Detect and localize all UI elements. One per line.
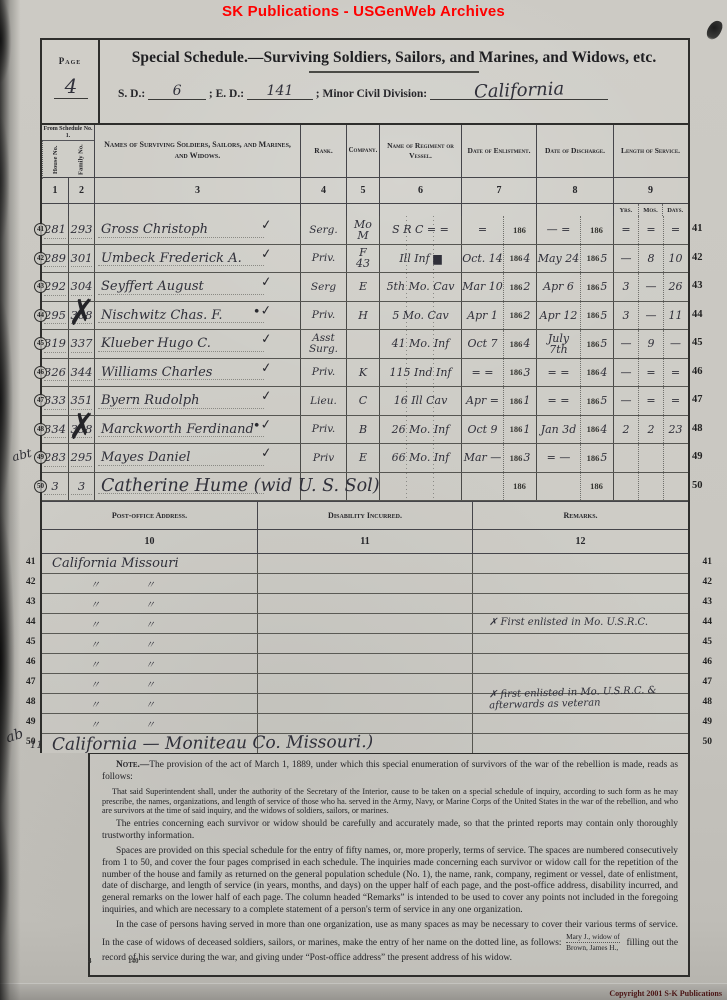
veteran-name: Nischwitz Chas. F. [95, 309, 222, 322]
remarks-cell [472, 654, 688, 673]
company-column-label: Company. [346, 125, 379, 177]
service-months: = [646, 224, 655, 235]
col-num-1: 1 [42, 178, 68, 203]
company-value: B [359, 424, 367, 435]
instructions-note: Note.—The provision of the act of March … [88, 753, 690, 977]
service-years: 3 [623, 310, 630, 321]
sd-value: 6 [173, 83, 182, 99]
district-line: S. D.: 6 ; E. D.: 141 ; Minor Civil Divi… [118, 83, 688, 100]
enlist-year-cell: 1863 [503, 444, 536, 472]
address-value: California — Moniteau Co. Missouri.) [42, 733, 257, 755]
discharge-year-digit: 5 [600, 452, 607, 463]
sd-label: S. D.: [118, 88, 145, 100]
company-cell [346, 330, 379, 358]
upper-table-body: 41 281 293 Gross Christoph ✓ ✗ Serg. Mo … [42, 216, 688, 501]
veteran-record-row: 46 326 344 Williams Charles ✓ ✗ Priv. K … [42, 359, 688, 388]
line-number-right: 42 [692, 252, 714, 263]
margin-scribble-lower: ab [4, 726, 25, 747]
enlist-month-day: Mar 10 [462, 281, 503, 292]
regiment-cell: S R C = = [379, 216, 461, 244]
service-months-cell [638, 473, 663, 501]
line-number-right: 43 [703, 597, 713, 607]
example-line-2: Brown, James H., [566, 943, 620, 953]
rank-cell: Priv [300, 444, 346, 472]
from-schedule-caption: From Schedule No. 1. [42, 125, 94, 141]
service-days: 11 [669, 310, 683, 321]
line-number-right: 45 [692, 337, 714, 348]
enlist-date-cell: = [461, 216, 503, 244]
line-number-left: 43 [26, 597, 36, 607]
veteran-record-row: 45 319 337 Klueber Hugo C. ✓ ✗ Asst Surg… [42, 330, 688, 359]
address-value: 〃 〃 [42, 574, 257, 591]
post-office-address-cell: 〃 〃 [42, 594, 257, 613]
mcd-value: California [474, 81, 565, 100]
discharge-date-cell: Apr 12 [536, 302, 580, 330]
discharge-date-cell: July 7th [536, 330, 580, 358]
line-number-right: 47 [703, 677, 713, 687]
col-num-5: 5 [346, 178, 379, 203]
discharge-year-digit: 5 [600, 310, 607, 321]
discharge-date-cell: Jan 3d [536, 416, 580, 444]
company-value: E [359, 452, 367, 463]
disability-cell [257, 694, 472, 713]
discharge-date-cell: May 24 [536, 245, 580, 273]
family-number-cell: 344 [68, 359, 94, 387]
remarks-cell: ✗ first enlisted in Mo. U.S.R.C. & after… [472, 694, 688, 713]
rank-value: Serg [311, 282, 336, 293]
line-number-left: 46 [26, 657, 36, 667]
discharge-year-printed: 186 [587, 367, 600, 377]
rank-value: Priv. [312, 310, 335, 321]
remarks-value [473, 714, 688, 717]
col-num-9: 9 [613, 178, 687, 203]
enlist-year-printed: 186 [510, 396, 523, 406]
remarks-value [473, 574, 688, 577]
discharge-year-cell: 1865 [580, 273, 613, 301]
enlist-year-cell: 1861 [503, 416, 536, 444]
house-number: 292 [44, 281, 66, 293]
address-record-row: 50 California — Moniteau Co. Missouri.) … [42, 733, 688, 753]
line-number-left: 47 [26, 677, 36, 687]
discharge-month-day: May 24 [538, 253, 580, 264]
enlist-year-cell: 1863 [503, 359, 536, 387]
service-years: — [621, 367, 632, 378]
line-number-right: 45 [703, 637, 713, 647]
enlist-month-day: Oct 9 [467, 424, 497, 435]
discharge-year-printed: 186 [587, 424, 600, 434]
regiment-cell: 115 Ind Inf [379, 359, 461, 387]
house-number: 295 [44, 310, 66, 322]
service-days-cell: — [663, 330, 687, 358]
discharge-month-day: — = [547, 224, 571, 235]
enlist-year-digit: 2 [523, 281, 530, 292]
discharge-year-printed: 186 [590, 225, 603, 235]
name-cell: Mayes Daniel ✓ ✗ [94, 444, 300, 472]
yrs-subcol-label: Yrs. [614, 204, 638, 216]
x-scribble-mark: ✗ [68, 290, 96, 336]
veteran-name: Umbeck Frederick A. [95, 252, 242, 265]
service-months: — [646, 310, 657, 321]
discharge-date-cell: = = [536, 359, 580, 387]
house-number: 3 [51, 481, 58, 493]
family-number-cell: 3 [68, 473, 94, 501]
address-record-row: 49 〃 〃 49 [42, 713, 688, 733]
enlist-date-cell: Mar 10 [461, 273, 503, 301]
regiment-cell: 5th Mo. Cav [379, 273, 461, 301]
discharge-year-printed: 186 [587, 339, 600, 349]
from-schedule-header: From Schedule No. 1. House No. Family No… [42, 125, 94, 177]
address-value: California Missouri [42, 554, 257, 571]
service-years-cell: — [613, 359, 638, 387]
enlist-year-digit: 1 [523, 424, 530, 435]
names-column-label: Names of Surviving Soldiers, Sailors, an… [94, 125, 300, 177]
name-cell: Seyffert August ✓ ✗ [94, 273, 300, 301]
form-title: Special Schedule.—Surviving Soldiers, Sa… [100, 49, 688, 67]
address-record-row: 44 〃 〃 ✗ First enlisted in Mo. U.S.R.C. … [42, 613, 688, 633]
service-days: = [671, 395, 680, 406]
company-cell: Mo M [346, 216, 379, 244]
veteran-name: Williams Charles [95, 366, 212, 379]
service-months: 8 [648, 253, 655, 264]
rank-value: Priv. [312, 424, 335, 435]
discharge-year-cell: 1865 [580, 302, 613, 330]
veteran-record-row: 42 289 301 Umbeck Frederick A. ✓ ✗ Priv.… [42, 245, 688, 274]
address-value: 〃 〃 [42, 634, 257, 651]
rank-value: Asst Surg. [309, 333, 338, 354]
discharge-month-day: Apr 6 [543, 281, 574, 292]
rank-cell: Asst Surg. [300, 330, 346, 358]
veteran-name: Klueber Hugo C. [95, 337, 211, 350]
service-days-cell [663, 444, 687, 472]
service-days-cell [663, 473, 687, 501]
discharge-date-cell: — = [536, 216, 580, 244]
post-office-address-cell: 〃 〃 [42, 654, 257, 673]
post-office-address-cell: 〃 〃 [42, 614, 257, 633]
col-num-11: 11 [257, 530, 472, 553]
remarks-value [473, 634, 688, 637]
row-number-circle: 43 [34, 280, 47, 293]
address-value: 〃 〃 [42, 694, 257, 711]
house-number: 281 [44, 224, 66, 236]
rank-cell: Priv. [300, 245, 346, 273]
veteran-name: Byern Rudolph [95, 394, 199, 407]
name-cell: Catherine Hume (wid U. S. Sol) ✗ [94, 473, 300, 501]
service-days: 10 [669, 253, 683, 264]
service-months: 9 [648, 338, 655, 349]
line-number-left: 49 [26, 717, 36, 727]
family-number-cell: 293 [68, 216, 94, 244]
regiment-value: 26 Mo. Inf [392, 424, 450, 435]
address-value: 〃 〃 [42, 654, 257, 671]
service-years-cell [613, 473, 638, 501]
company-value: Mo M [347, 219, 379, 241]
note-paragraph-3: The entries concerning each survivor or … [102, 819, 678, 843]
enlist-month-day: Oct 7 [467, 338, 497, 349]
discharge-year-digit: 4 [600, 367, 607, 378]
discharge-year-printed: 186 [587, 253, 600, 263]
disability-cell [257, 614, 472, 633]
enlist-year-cell: 1864 [503, 245, 536, 273]
enlist-year-digit: 3 [523, 367, 530, 378]
name-cell: Nischwitz Chas. F. •✓ ✗ [94, 302, 300, 330]
address-value: 〃 〃 [42, 674, 257, 691]
page-label: Page [42, 56, 98, 66]
col-num-3: 3 [94, 178, 300, 203]
upper-table-header: From Schedule No. 1. House No. Family No… [42, 125, 688, 216]
discharge-year-cell: 1865 [580, 245, 613, 273]
address-value: 〃 〃 [42, 614, 257, 631]
check-mark: ✓ [260, 360, 272, 376]
check-mark: ✓ [260, 445, 272, 461]
copyright-notice: Copyright 2001 S-K Publications [609, 989, 722, 998]
service-years: = [621, 224, 630, 235]
house-number: 333 [44, 395, 66, 407]
remarks-value [473, 674, 688, 677]
scan-corner-mark [704, 18, 724, 42]
veteran-name: Catherine Hume (wid U. S. Sol) [95, 478, 380, 496]
line-number-right: 46 [703, 657, 713, 667]
post-office-address-cell: California Missouri [42, 554, 257, 573]
line-number-left: 41 [26, 557, 36, 567]
service-months-cell: 2 [638, 416, 663, 444]
name-cell: Gross Christoph ✓ ✗ [94, 216, 300, 244]
remarks-cell [472, 634, 688, 653]
remarks-value [473, 594, 688, 597]
x-scribble-mark: ✗ [68, 404, 96, 450]
house-number: 326 [44, 367, 66, 379]
discharge-column-label: Date of Discharge. [536, 125, 613, 177]
enlist-year-printed: 186 [510, 453, 523, 463]
discharge-year-cell: 1865 [580, 444, 613, 472]
veteran-name: Mayes Daniel [95, 451, 190, 464]
note-label: Note.— [116, 760, 149, 770]
discharge-month-day: = — [547, 452, 571, 463]
regiment-value: 5 Mo. Cav [392, 310, 448, 321]
house-number: 334 [44, 424, 66, 436]
discharge-year-cell: 186 [580, 473, 613, 501]
rank-cell: Serg [300, 273, 346, 301]
post-office-address-cell: 〃 〃 [42, 634, 257, 653]
example-line-1: Mary J., widow of [566, 932, 620, 943]
col-num-8: 8 [536, 178, 613, 203]
remarks-cell [472, 734, 688, 753]
row-number-circle: 46 [34, 366, 47, 379]
family-number: 295 [71, 452, 93, 464]
family-number: 293 [71, 224, 93, 236]
service-months-cell: 8 [638, 245, 663, 273]
line-number-right: 50 [692, 480, 714, 491]
veteran-name: Seyffert August [95, 280, 204, 293]
rank-value: Priv. [312, 367, 335, 378]
regiment-cell: 41 Mo. Inf [379, 330, 461, 358]
col-num-7: 7 [461, 178, 536, 203]
service-subheader-row: Yrs. Mos. Days. [42, 203, 688, 216]
line-number-right: 46 [692, 366, 714, 377]
regiment-value: 41 Mo. Inf [392, 338, 450, 349]
enlist-year-cell: 1864 [503, 330, 536, 358]
rank-value: Lieu. [310, 396, 337, 407]
remarks-column-label: Remarks. [472, 502, 688, 529]
house-number: 283 [44, 452, 66, 464]
line-number-right: 48 [703, 697, 713, 707]
line-number-right: 41 [692, 223, 714, 234]
enlist-year-printed: 186 [510, 310, 523, 320]
check-mark: •✓ [253, 417, 273, 434]
enlist-year-printed: 186 [510, 253, 523, 263]
company-cell: H [346, 302, 379, 330]
discharge-month-day: = = [548, 367, 570, 378]
disability-cell [257, 574, 472, 593]
discharge-month-day: Apr 12 [540, 310, 578, 321]
enlist-year-printed: 186 [510, 282, 523, 292]
discharge-year-digit: 4 [600, 424, 607, 435]
enlist-year-printed: 186 [510, 424, 523, 434]
discharge-year-digit: 5 [600, 281, 607, 292]
disability-cell [257, 674, 472, 693]
regiment-value: S R C = = [392, 224, 449, 235]
family-number: 344 [71, 367, 93, 379]
service-years: — [621, 338, 632, 349]
remarks-value [473, 654, 688, 657]
regiment-cell [379, 473, 461, 501]
family-no-column-label: Family No. [68, 141, 94, 179]
line-number-left: 45 [26, 637, 36, 647]
enlist-year-printed: 186 [513, 481, 526, 491]
discharge-year-cell: 1864 [580, 416, 613, 444]
check-mark: ✓ [260, 274, 272, 290]
address-column-label: Post-office Address. [42, 502, 257, 529]
rank-column-label: Rank. [300, 125, 346, 177]
service-days-cell: = [663, 387, 687, 415]
post-office-address-cell: 〃 〃 [42, 674, 257, 693]
service-days: — [670, 338, 681, 349]
enlist-date-cell: Mar — [461, 444, 503, 472]
line-number-right: 41 [703, 557, 713, 567]
lower-table-header: Post-office Address. Disability Incurred… [42, 501, 688, 553]
service-days: 23 [669, 424, 683, 435]
disability-cell [257, 554, 472, 573]
row-number-circle: 41 [34, 223, 47, 236]
note-paragraph-1: The provision of the act of March 1, 188… [102, 760, 678, 782]
service-days: 26 [669, 281, 683, 292]
house-no-column-label: House No. [42, 141, 68, 179]
remarks-cell [472, 714, 688, 733]
veteran-record-row: 41 281 293 Gross Christoph ✓ ✗ Serg. Mo … [42, 216, 688, 245]
col-num-4: 4 [300, 178, 346, 203]
remarks-value: ✗ First enlisted in Mo. U.S.R.C. [473, 614, 688, 628]
discharge-year-digit: 5 [600, 395, 607, 406]
row-number-circle: 47 [34, 394, 47, 407]
col-num-6: 6 [379, 178, 461, 203]
line-number-left: 48 [26, 697, 36, 707]
page-mark: 4 [88, 957, 92, 965]
address-value: 〃 〃 [42, 594, 257, 611]
post-office-address-cell: California — Moniteau Co. Missouri.) [42, 734, 257, 753]
post-office-address-cell: 〃 〃 [42, 714, 257, 733]
lower-table-body: 41 California Missouri 41 42 〃 〃 42 43 〃… [42, 553, 688, 753]
enlist-year-cell: 1862 [503, 273, 536, 301]
enlist-year-cell: 186 [503, 473, 536, 501]
discharge-year-printed: 186 [587, 453, 600, 463]
service-years-cell [613, 444, 638, 472]
name-cell: Marckworth Ferdinand •✓ ✗ [94, 416, 300, 444]
note-paragraph-4: Spaces are provided on this special sche… [102, 846, 678, 917]
disability-cell [257, 714, 472, 733]
discharge-year-printed: 186 [587, 282, 600, 292]
family-number-cell: 301 [68, 245, 94, 273]
veteran-record-row: 44 295 308 Nischwitz Chas. F. •✓ ✗ Priv.… [42, 302, 688, 331]
enlist-year-cell: 1862 [503, 302, 536, 330]
service-years-cell: 3 [613, 302, 638, 330]
family-number: 3 [78, 481, 85, 493]
disability-cell [257, 634, 472, 653]
days-subcol-label: Days. [663, 204, 687, 216]
row-number-circle: 50 [34, 480, 47, 493]
remarks-cell [472, 554, 688, 573]
enlist-date-cell: Oct 7 [461, 330, 503, 358]
enlist-date-cell [461, 473, 503, 501]
enlist-date-cell: Apr = [461, 387, 503, 415]
service-days-cell: 10 [663, 245, 687, 273]
remarks-cell [472, 594, 688, 613]
family-number: 301 [71, 253, 93, 265]
row-number-circle: 49 [34, 451, 47, 464]
service-months-cell: — [638, 302, 663, 330]
discharge-year-printed: 186 [587, 396, 600, 406]
rank-cell: Lieu. [300, 387, 346, 415]
enlist-month-day: = = [472, 367, 494, 378]
column-labels-row: From Schedule No. 1. House No. Family No… [42, 125, 688, 177]
address-record-row: 42 〃 〃 42 [42, 573, 688, 593]
ed-value: 141 [267, 83, 294, 99]
veteran-record-row: 50 3 3 Catherine Hume (wid U. S. Sol) ✗ … [42, 473, 688, 502]
service-years: 3 [623, 281, 630, 292]
veteran-record-row: 47 333 351 Byern Rudolph ✓ ✗ Lieu. C 16 … [42, 387, 688, 416]
enlist-year-printed: 186 [513, 225, 526, 235]
service-days-cell: 11 [663, 302, 687, 330]
disability-cell [257, 594, 472, 613]
line-number-right: 44 [692, 309, 714, 320]
house-number: 289 [44, 253, 66, 265]
service-months-cell: = [638, 387, 663, 415]
service-years-cell: = [613, 216, 638, 244]
remarks-cell [472, 574, 688, 593]
service-days: = [671, 367, 680, 378]
rank-value: Priv. [312, 253, 335, 264]
check-mark: ✓ [260, 217, 272, 233]
ed-label: ; E. D.: [209, 88, 244, 100]
enlist-month-day: Oct. 14 [462, 253, 503, 264]
service-years-cell: — [613, 387, 638, 415]
discharge-date-cell [536, 473, 580, 501]
company-cell: K [346, 359, 379, 387]
line-number-right: 50 [703, 737, 713, 747]
service-days-cell: = [663, 216, 687, 244]
regiment-value: 115 Ind Inf [390, 367, 452, 378]
margin-scribble-upper: abt [11, 446, 33, 464]
family-number: 337 [71, 338, 93, 350]
discharge-month-day: July 7th [537, 333, 580, 355]
disability-column-label: Disability Incurred. [257, 502, 472, 529]
note-paragraph-2: That said Superintendent shall, under th… [102, 787, 678, 817]
page-number-value: 4 [54, 74, 88, 99]
rank-value: Serg. [309, 225, 338, 236]
line-number-left: 42 [26, 577, 36, 587]
row-number-circle: 44 [34, 309, 47, 322]
line-number-right: 42 [703, 577, 713, 587]
service-days-cell: 23 [663, 416, 687, 444]
veteran-record-row: 43 292 304 Seyffert August ✓ ✗ Serg E 5t… [42, 273, 688, 302]
